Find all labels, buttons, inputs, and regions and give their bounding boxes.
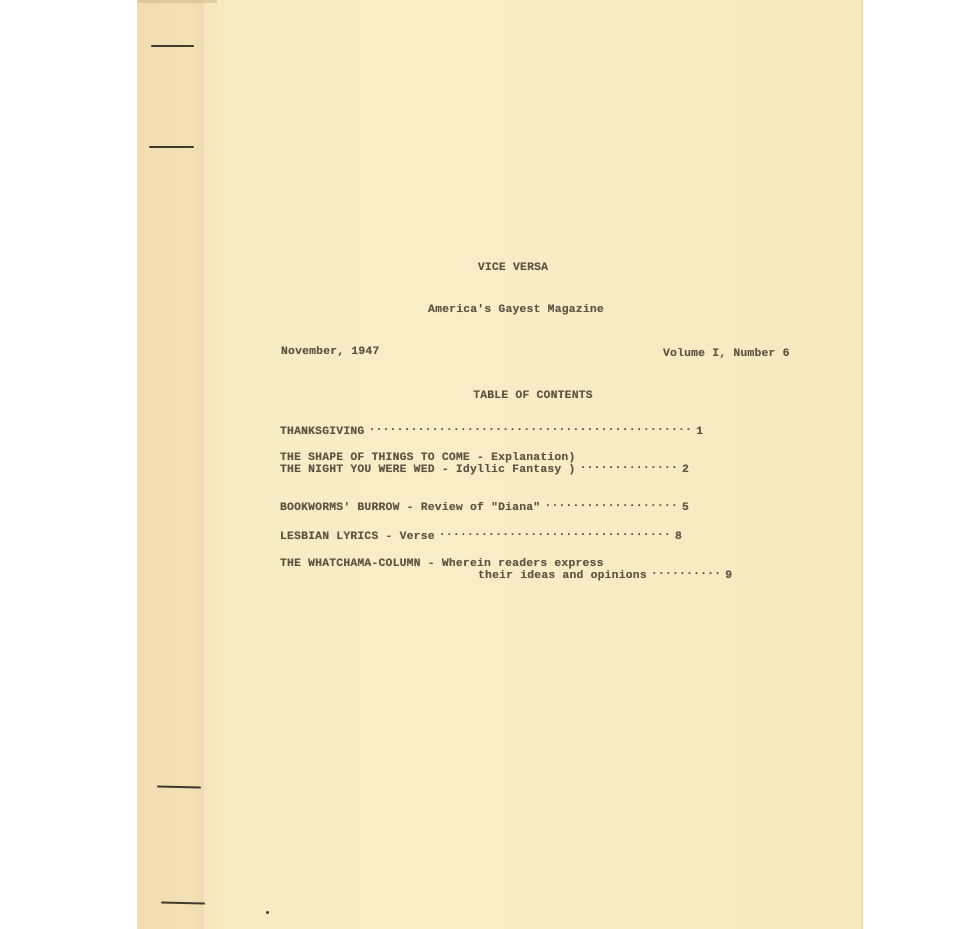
toc-page-number: 1 (696, 426, 703, 438)
toc-leader-dots: .............. (580, 460, 679, 472)
toc-entry: BOOKWORMS' BURROW - Review of "Diana" ..… (280, 497, 780, 509)
toc-entry: THE WHATCHAMA-COLUMN - Wherein readers e… (280, 553, 780, 577)
toc-page-number: 5 (682, 502, 689, 514)
toc-page-number: 2 (682, 464, 689, 476)
staple-mark (151, 45, 194, 47)
binding-edge-shadow (137, 0, 217, 3)
staple-mark (149, 146, 194, 148)
toc-entry-title: THE NIGHT YOU WERE WED - Idyllic Fantasy… (280, 464, 576, 476)
toc-entry-title: BOOKWORMS' BURROW - Review of "Diana" (280, 502, 540, 514)
binding-strip (137, 0, 204, 929)
toc-heading: TABLE OF CONTENTS (473, 390, 593, 402)
toc-leader-dots: ........................................… (368, 422, 692, 434)
toc-page-number: 8 (675, 531, 682, 543)
issue-date: November, 1947 (281, 346, 380, 358)
toc-entry-title: their ideas and opinions (478, 570, 647, 582)
toc-leader-dots: ................... (544, 498, 678, 510)
toc-entry: LESBIAN LYRICS - Verse .................… (280, 526, 780, 538)
toc-entry-title: LESBIAN LYRICS - Verse (280, 531, 435, 543)
magazine-subtitle: America's Gayest Magazine (428, 304, 604, 316)
toc-entry-title: THANKSGIVING (280, 426, 364, 438)
toc-leader-dots: ................................. (439, 527, 671, 539)
ink-speck (266, 911, 269, 914)
toc-leader-dots: .......... (651, 566, 721, 578)
toc-entry: THANKSGIVING ...........................… (280, 421, 780, 433)
toc-page-number: 9 (725, 570, 732, 582)
magazine-title: VICE VERSA (478, 262, 548, 274)
issue-volume: Volume I, Number 6 (663, 348, 790, 360)
toc-entry: THE SHAPE OF THINGS TO COME - Explanatio… (280, 447, 780, 471)
